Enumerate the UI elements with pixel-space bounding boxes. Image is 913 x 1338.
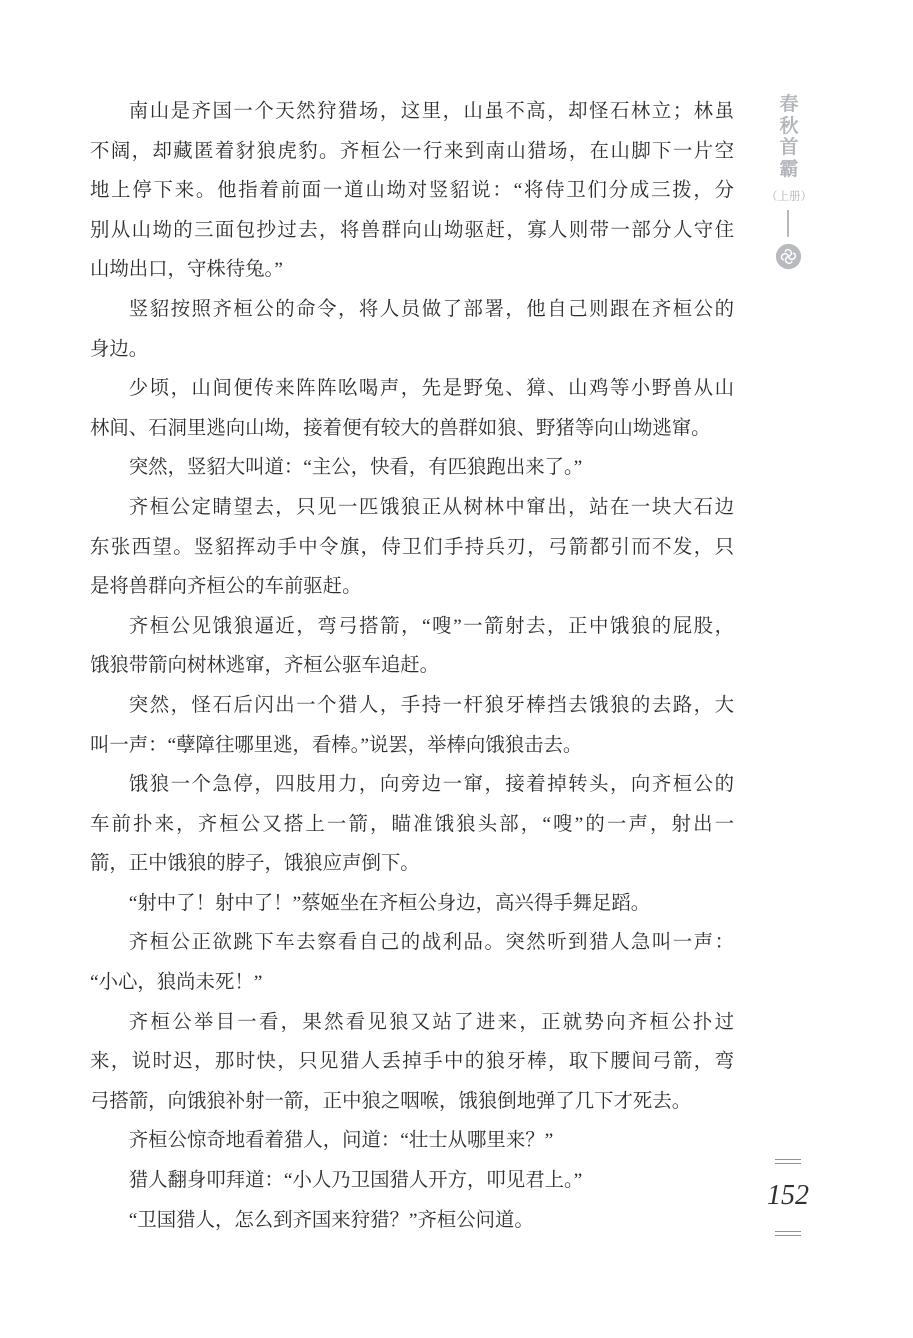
text-line: 弓搭箭，向饿狼补射一箭，正中狼之咽喉，饿狼倒地弹了几下才死去。	[90, 1082, 734, 1122]
text-line: 是将兽群向齐桓公的车前驱赶。	[90, 567, 734, 607]
swirl-seal-icon	[775, 243, 802, 270]
paragraph: 南山是齐国一个天然狩猎场，这里，山虽不高，却怪石林立；林虽 不阔，却藏匿着豺狼虎…	[90, 92, 734, 290]
book-title-vertical: 春 秋 首 霸	[776, 94, 802, 180]
text-line: 不阔，却藏匿着豺狼虎豹。齐桓公一行来到南山猎场，在山脚下一片空	[90, 132, 734, 172]
text-line: 竖貂按照齐桓公的命令，将人员做了部署，他自己则跟在齐桓公的	[90, 290, 734, 330]
volume-label: （上册）	[756, 188, 822, 204]
book-title-char: 春	[776, 94, 802, 116]
book-title-char: 霸	[776, 159, 802, 181]
text-line: 叫一声：“孽障往哪里逃，看棒。”说罢，举棒向饿狼击去。	[90, 726, 734, 766]
body-text: 南山是齐国一个天然狩猎场，这里，山虽不高，却怪石林立；林虽 不阔，却藏匿着豺狼虎…	[90, 92, 734, 1240]
paragraph: 突然，竖貂大叫道：“主公，快看，有匹狼跑出来了。”	[90, 448, 734, 488]
paragraph: 突然，怪石后闪出一个猎人，手持一杆狼牙棒挡去饿狼的去路，大 叫一声：“孽障往哪里…	[90, 686, 734, 765]
text-line: 齐桓公见饿狼逼近，弯弓搭箭，“嗖”一箭射去，正中饿狼的屁股，	[90, 607, 734, 647]
text-line: 来，说时迟，那时快，只见猎人丢掉手中的狼牙棒，取下腰间弓箭，弯	[90, 1042, 734, 1082]
book-page: 南山是齐国一个天然狩猎场，这里，山虽不高，却怪石林立；林虽 不阔，却藏匿着豺狼虎…	[0, 0, 913, 1338]
text-line: 齐桓公举目一看，果然看见狼又站了进来，正就势向齐桓公扑过	[90, 1003, 734, 1043]
text-line: 饿狼带箭向树林逃窜，齐桓公驱车追赶。	[90, 646, 734, 686]
text-line: 别从山坳的三面包抄过去，将兽群向山坳驱赶，寡人则带一部分人守住	[90, 211, 734, 251]
text-line: 饿狼一个急停，四肢用力，向旁边一窜，接着掉转头，向齐桓公的	[90, 765, 734, 805]
paragraph: 竖貂按照齐桓公的命令，将人员做了部署，他自己则跟在齐桓公的 身边。	[90, 290, 734, 369]
book-title-char: 首	[776, 137, 802, 159]
paragraph: “卫国猎人，怎么到齐国来狩猎？”齐桓公问道。	[90, 1201, 734, 1241]
text-line: 山坳出口，守株待兔。”	[90, 250, 734, 290]
text-line: 齐桓公惊奇地看着猎人，问道：“壮士从哪里来？”	[90, 1121, 734, 1161]
text-line: 地上停下来。他指着前面一道山坳对竖貂说：“将侍卫们分成三拨，分	[90, 171, 734, 211]
book-title-char: 秋	[776, 116, 802, 138]
paragraph: 齐桓公举目一看，果然看见狼又站了进来，正就势向齐桓公扑过 来，说时迟，那时快，只…	[90, 1003, 734, 1122]
text-line: 林间、石洞里逃向山坳，接着便有较大的兽群如狼、野猪等向山坳逃窜。	[90, 409, 734, 449]
text-line: 齐桓公正欲跳下车去察看自己的战利品。突然听到猎人急叫一声：	[90, 923, 734, 963]
text-line: “射中了！射中了！”蔡姬坐在齐桓公身边，高兴得手舞足蹈。	[90, 884, 734, 924]
text-line: “卫国猎人，怎么到齐国来狩猎？”齐桓公问道。	[90, 1201, 734, 1241]
paragraph: 齐桓公正欲跳下车去察看自己的战利品。突然听到猎人急叫一声： “小心，狼尚未死！”	[90, 923, 734, 1002]
paragraph: 饿狼一个急停，四肢用力，向旁边一窜，接着掉转头，向齐桓公的 车前扑来，齐桓公又搭…	[90, 765, 734, 884]
text-line: 箭，正中饿狼的脖子，饿狼应声倒下。	[90, 844, 734, 884]
paragraph: 齐桓公定睛望去，只见一匹饿狼正从树林中窜出，站在一块大石边 东张西望。竖貂挥动手…	[90, 488, 734, 607]
text-line: 东张西望。竖貂挥动手中令旗，侍卫们手持兵刃，弓箭都引而不发，只	[90, 528, 734, 568]
text-line: “小心，狼尚未死！”	[90, 963, 734, 1003]
paragraph: 少顷，山间便传来阵阵吆喝声，先是野兔、獐、山鸡等小野兽从山 林间、石洞里逃向山坳…	[90, 369, 734, 448]
paragraph: “射中了！射中了！”蔡姬坐在齐桓公身边，高兴得手舞足蹈。	[90, 884, 734, 924]
text-line: 齐桓公定睛望去，只见一匹饿狼正从树林中窜出，站在一块大石边	[90, 488, 734, 528]
text-line: 猎人翻身叩拜道：“小人乃卫国猎人开方，叩见君上。”	[90, 1161, 734, 1201]
text-line: 突然，竖貂大叫道：“主公，快看，有匹狼跑出来了。”	[90, 448, 734, 488]
text-line: 少顷，山间便传来阵阵吆喝声，先是野兔、獐、山鸡等小野兽从山	[90, 369, 734, 409]
page-number: 152	[756, 1180, 820, 1212]
folio-rule-top	[775, 1159, 801, 1164]
folio-rule-bottom	[775, 1231, 801, 1236]
text-line: 南山是齐国一个天然狩猎场，这里，山虽不高，却怪石林立；林虽	[90, 92, 734, 132]
text-line: 车前扑来，齐桓公又搭上一箭，瞄准饿狼头部，“嗖”的一声，射出一	[90, 805, 734, 845]
paragraph: 猎人翻身叩拜道：“小人乃卫国猎人开方，叩见君上。”	[90, 1161, 734, 1201]
paragraph: 齐桓公惊奇地看着猎人，问道：“壮士从哪里来？”	[90, 1121, 734, 1161]
text-line: 身边。	[90, 330, 734, 370]
text-line: 突然，怪石后闪出一个猎人，手持一杆狼牙棒挡去饿狼的去路，大	[90, 686, 734, 726]
paragraph: 齐桓公见饿狼逼近，弯弓搭箭，“嗖”一箭射去，正中饿狼的屁股， 饿狼带箭向树林逃窜…	[90, 607, 734, 686]
divider-dash	[787, 210, 789, 237]
